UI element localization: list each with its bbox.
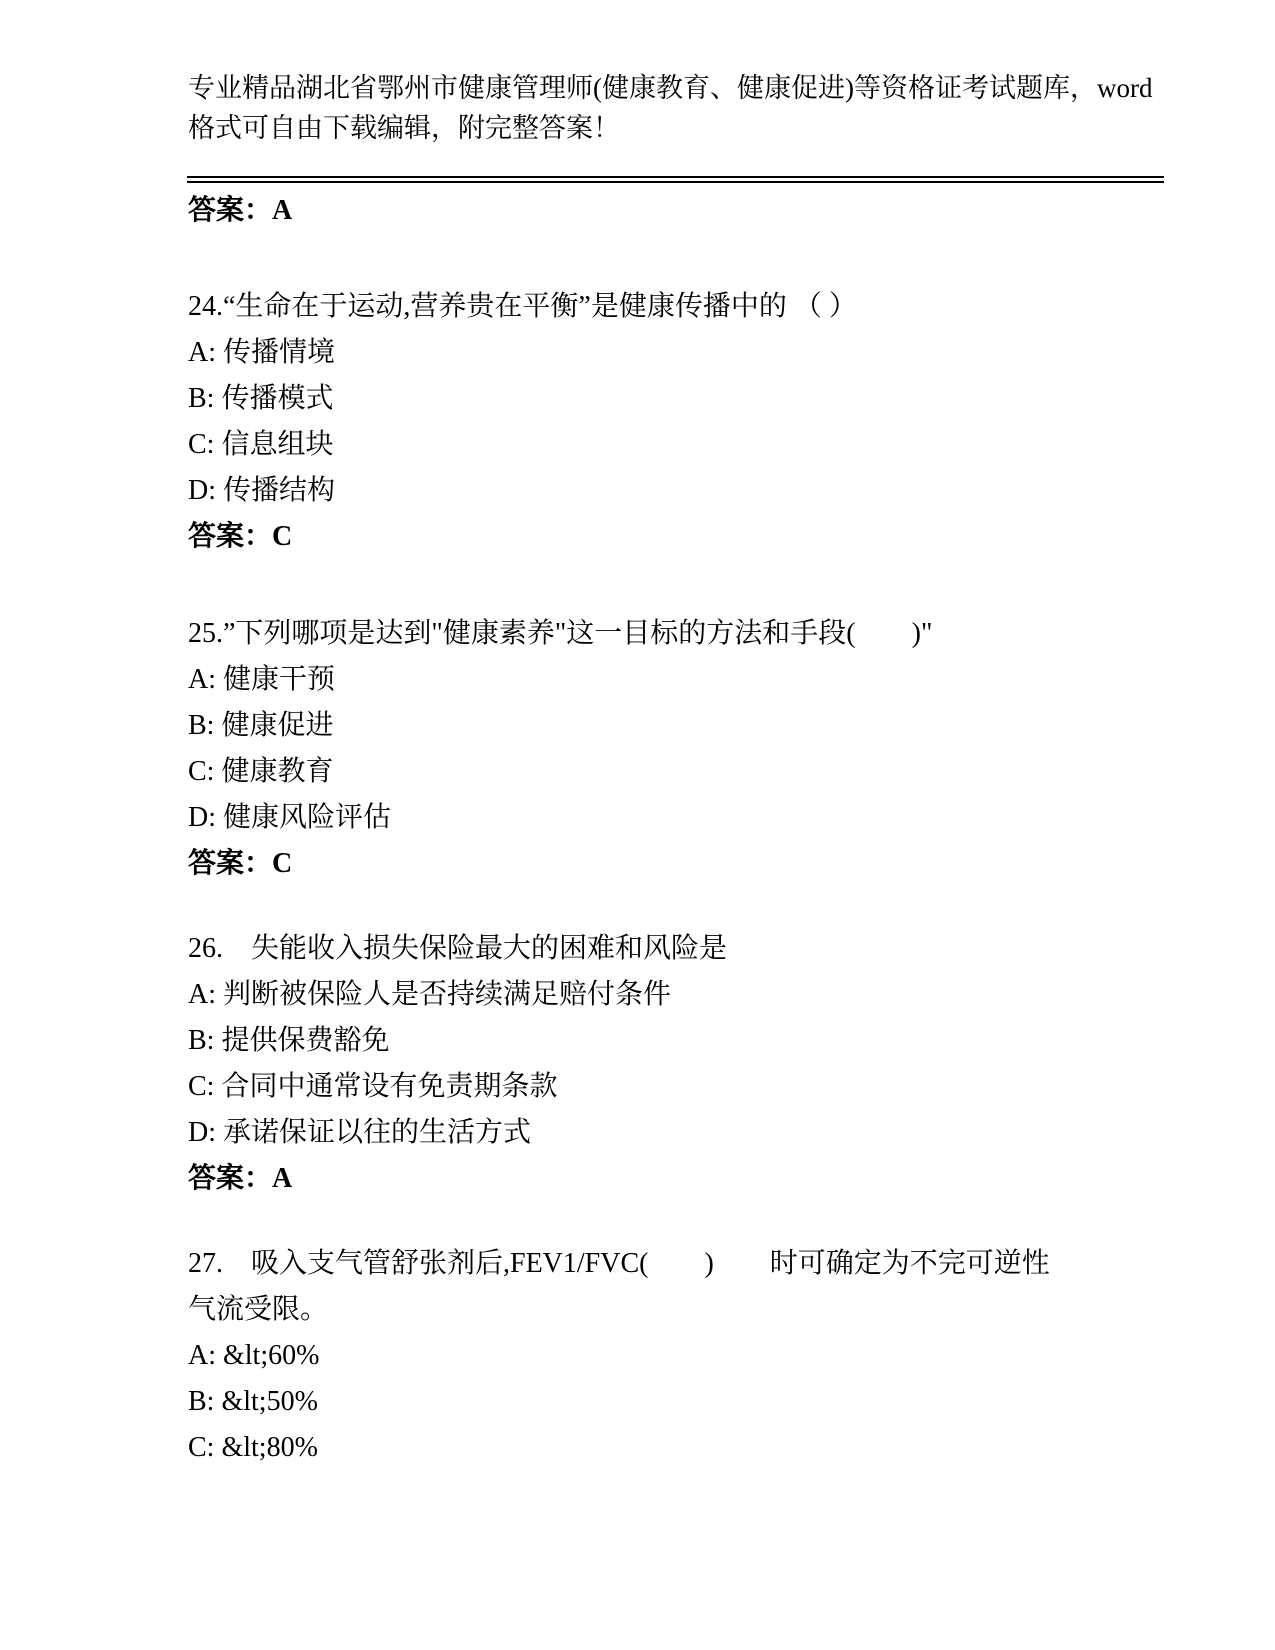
document-page: { "page": { "background_color": "#ffffff… (0, 0, 1275, 1650)
option-c: C: 信息组块 (188, 422, 1198, 468)
option-d: D: 健康风险评估 (188, 795, 1198, 841)
option-b: B: 传播模式 (188, 376, 1198, 422)
previous-answer-text: 答案：A (188, 188, 292, 234)
question-block-26: 26. 失能收入损失保险最大的困难和风险是 A: 判断被保险人是否持续满足赔付条… (188, 926, 1198, 1202)
answer-text: 答案：A (188, 1156, 1198, 1202)
option-a: A: 判断被保险人是否持续满足赔付条件 (188, 972, 1198, 1018)
header-line-1: 专业精品湖北省鄂州市健康管理师(健康教育、健康促进)等资格证考试题库，word (188, 68, 1168, 108)
question-text: 25.”下列哪项是达到"健康素养"这一目标的方法和手段( )" (188, 611, 1198, 657)
divider-double-rule (187, 176, 1164, 183)
question-block-24: 24.“生命在于运动,营养贵在平衡”是健康传播中的 （ ） A: 传播情境 B:… (188, 284, 1198, 560)
option-c: C: 健康教育 (188, 749, 1198, 795)
option-a: A: 传播情境 (188, 330, 1198, 376)
question-block-25: 25.”下列哪项是达到"健康素养"这一目标的方法和手段( )" A: 健康干预 … (188, 611, 1198, 887)
answer-text: 答案：C (188, 514, 1198, 560)
question-block-27: 27. 吸入支气管舒张剂后,FEV1/FVC( ) 时可确定为不完可逆性 气流受… (188, 1241, 1198, 1471)
option-b: B: &lt;50% (188, 1379, 1198, 1425)
option-b: B: 健康促进 (188, 703, 1198, 749)
option-d: D: 承诺保证以往的生活方式 (188, 1110, 1198, 1156)
question-text-line-2: 气流受限。 (188, 1287, 1198, 1333)
question-text: 24.“生命在于运动,营养贵在平衡”是健康传播中的 （ ） (188, 284, 1198, 330)
option-c: C: &lt;80% (188, 1425, 1198, 1471)
option-c: C: 合同中通常设有免责期条款 (188, 1064, 1198, 1110)
document-header: 专业精品湖北省鄂州市健康管理师(健康教育、健康促进)等资格证考试题库，word … (188, 68, 1168, 148)
answer-text: 答案：C (188, 841, 1198, 887)
header-line-2: 格式可自由下载编辑，附完整答案！ (188, 108, 1168, 148)
option-d: D: 传播结构 (188, 468, 1198, 514)
question-text: 26. 失能收入损失保险最大的困难和风险是 (188, 926, 1198, 972)
question-text-line-1: 27. 吸入支气管舒张剂后,FEV1/FVC( ) 时可确定为不完可逆性 (188, 1241, 1198, 1287)
option-a: A: &lt;60% (188, 1333, 1198, 1379)
option-a: A: 健康干预 (188, 657, 1198, 703)
option-b: B: 提供保费豁免 (188, 1018, 1198, 1064)
